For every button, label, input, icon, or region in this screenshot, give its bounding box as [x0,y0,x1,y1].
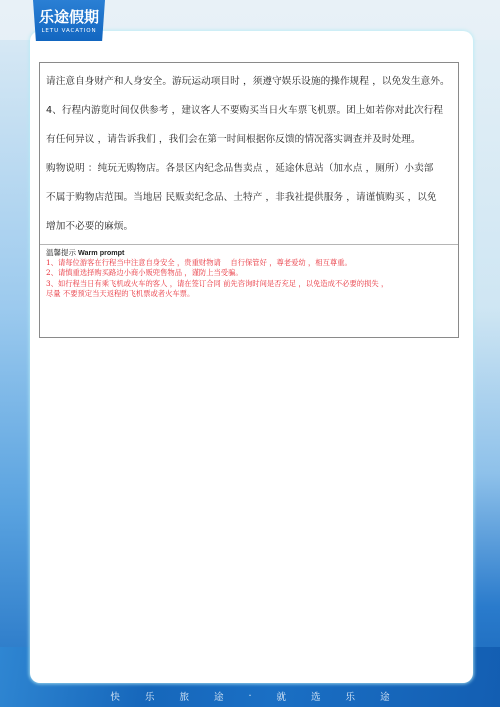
note-line: 购物说明 ：纯玩无购物店。各景区内纪念品售卖点 ，延途休息站（加水点 ，厕所）小… [46,154,458,183]
background-left-edge [0,40,30,707]
slogan-char: 途 [380,689,390,703]
slogan-char: 乐 [346,689,356,703]
brand-name-cn: 乐途假期 [33,9,105,25]
notes-section: 请注意自身财产和人身安全。游玩运动项目时 ，须遵守娱乐设施的操作规程 ，以免发生… [40,63,458,241]
slogan-char: 快 [110,689,120,703]
note-line: 不属于购物店范围。当地居 民贩卖纪念品、土特产 ，非我社提供服务 ，请谨慎购买 … [46,183,458,212]
slogan-char: 就 [277,689,287,703]
background-right-edge [472,40,500,707]
slogan-separator: · [248,691,251,702]
brand-logo: 乐途假期 LETU VACATION [33,0,105,41]
footer-slogan: 快 乐 旅 途 · 就 选 乐 途 [0,685,500,707]
note-line: 有任何异议 ，请告诉我们 ，我们会在第一时间根据你反馈的情况落实调查并及时处理。 [46,125,458,154]
warm-prompt-line: 2、请慎重选择购买路边小商小贩兜售物品 ，谨防上当受骗。 [46,268,456,278]
note-line: 请注意自身财产和人身安全。游玩运动项目时 ，须遵守娱乐设施的操作规程 ，以免发生… [46,67,458,96]
warm-prompt-line: 尽量 不要预定当天返程的飞机票或者火车票。 [46,289,456,299]
brand-name-en: LETU VACATION [33,28,105,35]
itinerary-notes-box: 请注意自身财产和人身安全。游玩运动项目时 ，须遵守娱乐设施的操作规程 ，以免发生… [39,62,459,338]
slogan-char: 选 [311,689,321,703]
slogan-char: 旅 [179,689,189,703]
warm-prompt-heading: 温馨提示Warm prompt [46,247,456,258]
warm-prompt-section: 温馨提示Warm prompt 1、请每位游客在行程当中注意自身安全 ，贵重财物… [46,247,456,300]
warm-prompt-title-en: Warm prompt [78,248,124,257]
warm-prompt-title-cn: 温馨提示 [46,248,76,257]
warm-prompt-line: 3、如行程当日有乘飞机或火车的客人 ，请在签订合同 前先咨询时间是否充足 ，以免… [46,279,456,289]
slogan-char: 途 [214,689,224,703]
section-divider [40,244,458,245]
note-line: 增加不必要的麻烦。 [46,212,458,241]
note-line: 4、行程内游览时间仅供参考 ，建议客人不要购买当日火车票飞机票。团上如若你对此次… [46,96,458,125]
warm-prompt-line: 1、请每位游客在行程当中注意自身安全 ，贵重财物请 自行保管好 ，尊老爱幼 ，相… [46,258,456,268]
slogan-char: 乐 [145,689,155,703]
